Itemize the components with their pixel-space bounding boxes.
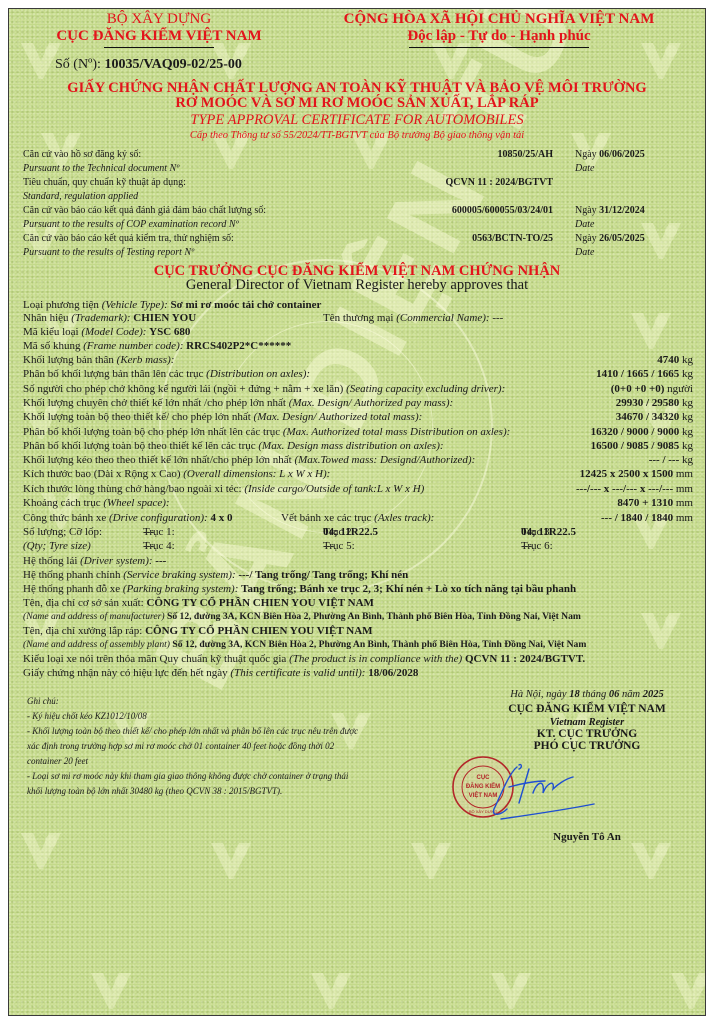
assembly-plant-name-row: Tên, địa chỉ xưởng lắp ráp: CÔNG TY CỔ P…: [23, 625, 693, 638]
vehicle-type-row: Loại phương tiện (Vehicle Type): Sơ mi r…: [23, 299, 693, 312]
signer-role: KT. CỤC TRƯỞNG: [477, 728, 697, 740]
spec-value: 12425 x 2500 x 1500: [580, 468, 674, 480]
vehicle-type-value: Sơ mi rơ moóc tải chở container: [171, 299, 322, 311]
certificate-page: BẢN ĐIỆN TỬ BỘ XÂY DỰNG CỤC ĐĂNG KIỂM VI…: [8, 8, 706, 1016]
spec-row: Khối lượng chuyên chở thiết kế lớn nhất …: [23, 397, 693, 410]
spec-row: Kích thước bao (Dài x Rộng x Cao) (Overa…: [23, 468, 693, 481]
spec-row: Khối lượng kéo theo theo thiết kế lớn nh…: [23, 454, 693, 467]
signing-organization: CỤC ĐĂNG KIỂM VIỆT NAM: [477, 703, 697, 715]
tyre-row: (Qty; Tyre size)Trục 4: ---Trục 5: ---Tr…: [23, 540, 693, 553]
signer-name: Nguyễn Tô An: [477, 831, 697, 843]
manufacturer-address-row: (Name and address of manufacturer) Số 12…: [23, 611, 693, 624]
spec-row: Phân bố khối lượng bản thân lên các trục…: [23, 368, 693, 381]
validity-row: Giấy chứng nhận này có hiệu lực đến hết …: [23, 667, 693, 680]
axle-tyre: Trục 2: 04; 11R22.5: [323, 526, 378, 538]
document-title-en: TYPE APPROVAL CERTIFICATE FOR AUTOMOBILE…: [9, 112, 705, 129]
reference-row-en: Pursuant to the results of COP examinati…: [23, 219, 693, 233]
parking-brake-row: Hệ thống phanh đỗ xe (Parking braking sy…: [23, 583, 693, 596]
trademark-row: Nhãn hiệu (Trademark): CHIEN YOU Tên thư…: [23, 312, 693, 325]
manufacturer-address: Số 12, đường 3A, KCN Biên Hòa 2, Phường …: [167, 611, 581, 622]
signature-icon: [489, 759, 599, 829]
certificate-number-value: 10035/VAQ09-02/25-00: [104, 57, 241, 72]
country-name: CỘNG HÒA XÃ HỘI CHỦ NGHĨA VIỆT NAM: [309, 11, 689, 28]
signing-organization-en: Vietnam Register: [477, 717, 697, 728]
national-motto: Độc lập - Tự do - Hạnh phúc: [309, 28, 689, 45]
model-code-row: Mã kiểu loại (Model Code): YSC 680: [23, 326, 693, 339]
spec-row: Số người cho phép chở không kể người lái…: [23, 383, 693, 396]
manufacturer-name-row: Tên, địa chỉ cơ sở sản xuất: CÔNG TY CỔ …: [23, 597, 693, 610]
drive-configuration-row: Công thức bánh xe (Drive configuration):…: [23, 512, 693, 525]
legal-basis: Cấp theo Thông tư số 55/2024/TT-BGTVT củ…: [9, 130, 705, 141]
reference-row: Căn cứ vào báo cáo kết quả kiểm tra, thử…: [23, 233, 693, 247]
reference-row: Tiêu chuẩn, quy chuẩn kỹ thuật áp dụng:Q…: [23, 177, 693, 191]
commercial-name-value: ---: [492, 312, 503, 324]
certificate-number: Số (Nº): 10035/VAQ09-02/25-00: [55, 57, 242, 73]
spec-row: Khối lượng toàn bộ theo thiết kế/ cho ph…: [23, 411, 693, 424]
assembly-plant-address-row: (Name and address of assembly plant) Số …: [23, 639, 693, 652]
spec-row: Khối lượng bản thân (Kerb mass):4740 kg: [23, 354, 693, 367]
spec-row: Phân bố khối lượng toàn bộ cho phép lớn …: [23, 426, 693, 439]
spec-row: Kích thước lòng thùng chở hàng/bao ngoài…: [23, 483, 693, 496]
document-subtitle: RƠ MOÓC VÀ SƠ MI RƠ MOÓC SẢN XUẤT, LẮP R…: [9, 95, 705, 112]
reference-row-en: Pursuant to the Technical document NºDat…: [23, 163, 693, 177]
notes-title: Ghi chú:: [27, 694, 358, 709]
issue-place-date: Hà Nội, ngày 18 tháng 06 năm 2025: [477, 689, 697, 700]
approval-heading-en: General Director of Vietnam Register her…: [9, 277, 705, 294]
signer-title: PHÓ CỤC TRƯỞNG: [477, 740, 697, 752]
note-line: container 20 feet: [27, 754, 358, 769]
valid-until-date: 18/06/2028: [368, 667, 418, 679]
axle-tyre: Trục 6: ---: [521, 540, 532, 552]
header-divider: [409, 47, 589, 48]
manufacturer-name: CÔNG TY CỔ PHẦN CHIEN YOU VIỆT NAM: [146, 597, 373, 609]
tyre-row: Số lượng; Cỡ lốp:Trục 1: ---Trục 2: 04; …: [23, 526, 693, 539]
assembly-plant-address: Số 12, đường 3A, KCN Biên Hòa 2, Phường …: [172, 639, 586, 650]
service-brake-row: Hệ thống phanh chính (Service braking sy…: [23, 569, 693, 582]
model-code-value: YSC 680: [149, 326, 190, 338]
drive-configuration-value: 4 x 0: [210, 512, 232, 524]
note-line: - Khối lượng toàn bộ theo thiết kế/ cho …: [27, 724, 358, 739]
issuer-header: BỘ XÂY DỰNG CỤC ĐĂNG KIỂM VIỆT NAM: [39, 11, 279, 48]
frame-number-row: Mã số khung (Frame number code): RRCS402…: [23, 340, 693, 353]
spec-row: Phân bố khối lượng toàn bộ theo thiết kế…: [23, 440, 693, 453]
axle-tyre: Trục 4: ---: [143, 540, 154, 552]
spec-value: --- / ---: [649, 454, 680, 466]
spec-value: 16500 / 9085 / 9085: [591, 440, 680, 452]
spec-value: 29930 / 29580: [616, 397, 680, 409]
certificate-number-label: Số (Nº):: [55, 57, 101, 72]
steering-system-row: Hệ thống lái (Driver system): ---: [23, 555, 693, 568]
note-line: - Loại sơ mi rơ moóc này khi tham gia gi…: [27, 769, 358, 784]
reference-row: Căn cứ vào hồ sơ đăng ký số:10850/25/AHN…: [23, 149, 693, 163]
axle-tyre: Trục 1: ---: [143, 526, 154, 538]
spec-value: 1410 / 1665 / 1665: [596, 368, 679, 380]
note-line: - Ký hiệu chốt kéo KZ1012/10/08: [27, 709, 358, 724]
spec-value: ---/--- x ---/--- x ---/---: [576, 483, 673, 495]
assembly-plant-name: CÔNG TY CỔ PHẦN CHIEN YOU VIỆT NAM: [145, 625, 372, 637]
axle-tyre: Trục 3: 04; 11R22.5: [521, 526, 576, 538]
reference-row-en: Standard, regulation applied: [23, 191, 693, 205]
national-header: CỘNG HÒA XÃ HỘI CHỦ NGHĨA VIỆT NAM Độc l…: [309, 11, 689, 48]
note-line: xác định trong trường hợp sơ mi rơ moóc …: [27, 739, 358, 754]
ministry-name: BỘ XÂY DỰNG: [39, 11, 279, 28]
spec-value: 16320 / 9000 / 9000: [591, 426, 680, 438]
frame-number-value: RRCS402P2*C******: [186, 340, 291, 352]
axles-track-value: --- / 1840 / 1840: [601, 512, 673, 524]
agency-name: CỤC ĐĂNG KIỂM VIỆT NAM: [39, 28, 279, 45]
reference-row-en: Pursuant to the results of Testing repor…: [23, 247, 693, 261]
spec-value: 8470 + 1310: [617, 497, 673, 509]
axle-tyre: Trục 5: ---: [323, 540, 334, 552]
spec-value: 34670 / 34320: [616, 411, 680, 423]
compliance-standard: QCVN 11 : 2024/BGTVT.: [465, 653, 585, 665]
trademark-value: CHIEN YOU: [133, 312, 196, 324]
spec-value: 4740: [657, 354, 679, 366]
notes-section: Ghi chú: - Ký hiệu chốt kéo KZ1012/10/08…: [27, 694, 358, 799]
note-line: khối lượng toàn bộ lớn nhất 30480 kg (th…: [27, 784, 358, 799]
spec-value: (0+0 +0 +0): [611, 383, 665, 395]
reference-row: Căn cứ vào báo cáo kết quả đánh giá đảm …: [23, 205, 693, 219]
compliance-row: Kiểu loại xe nói trên thỏa mãn Quy chuẩn…: [23, 653, 693, 666]
spec-row: Khoảng cách trục (Wheel space):8470 + 13…: [23, 497, 693, 510]
header-divider: [104, 47, 214, 48]
